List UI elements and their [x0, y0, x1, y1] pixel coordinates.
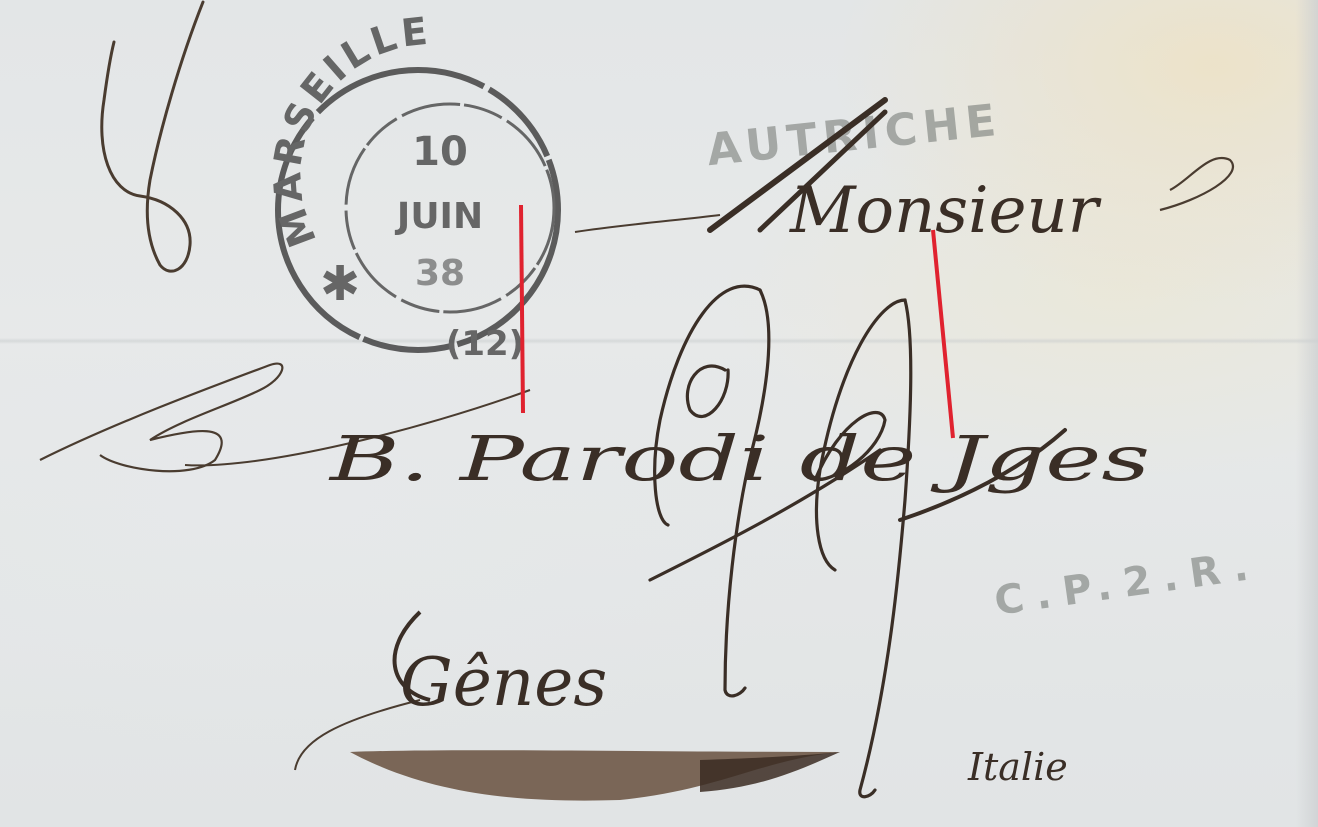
postmark-day: 10 — [412, 129, 468, 175]
city-text: Gênes — [400, 644, 607, 721]
marseille-postmark: MARSEILLE 10 JUIN 38 (12) ✱ — [265, 9, 558, 364]
red-annotation-line-2 — [933, 230, 953, 438]
city-line: Gênes — [295, 612, 840, 801]
country-text: Italie — [967, 745, 1068, 789]
manuscript-rate-six — [102, 2, 203, 271]
letter-cover: MARSEILLE 10 JUIN 38 (12) ✱ AUTRICHE C.P… — [0, 0, 1318, 827]
transit-handstamp: AUTRICHE — [705, 95, 1005, 177]
postmark-year: 38 — [415, 253, 465, 294]
addressee-line: B. Parodi de Jges — [40, 364, 1150, 520]
postmark-department: (12) — [446, 324, 524, 364]
postmark-month: JUIN — [394, 196, 483, 237]
red-annotation-line-1 — [521, 205, 523, 413]
manuscript-charge — [650, 286, 911, 797]
rate-handstamp: C.P.2.R. — [992, 542, 1263, 625]
salutation-text: Monsieur — [789, 174, 1102, 248]
cover-markings: MARSEILLE 10 JUIN 38 (12) ✱ AUTRICHE C.P… — [0, 0, 1318, 827]
star-icon: ✱ — [320, 256, 360, 312]
